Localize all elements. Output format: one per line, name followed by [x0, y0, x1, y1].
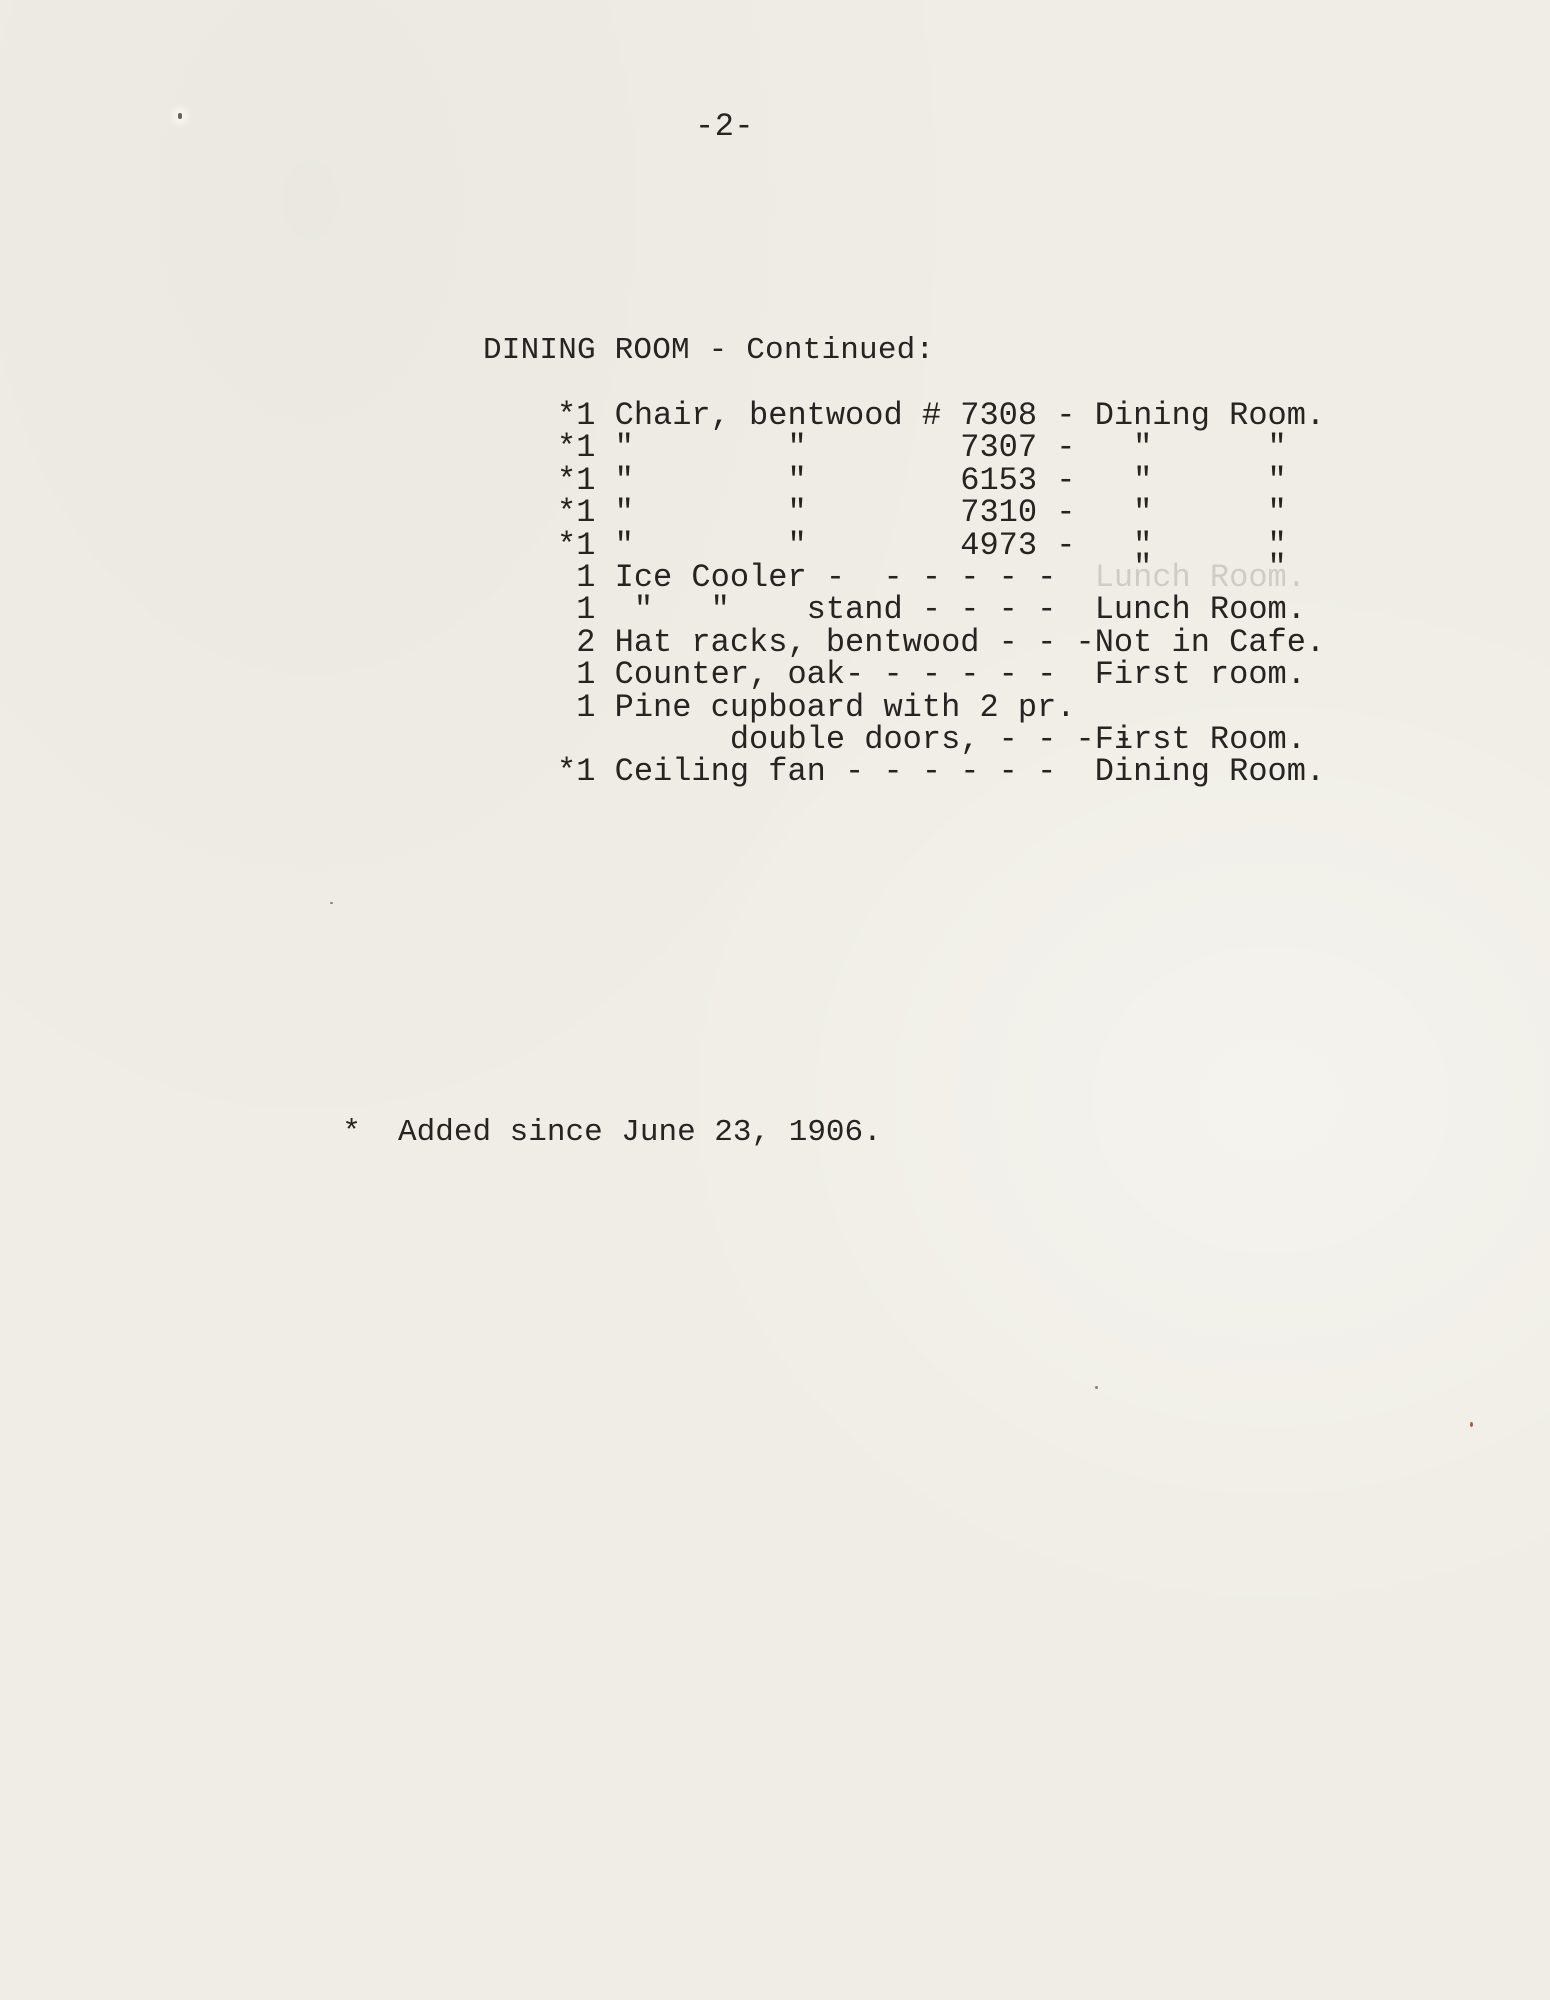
pin-hole-mark [178, 113, 182, 119]
ditto-mark: " [615, 432, 634, 464]
item-location: First room. [1095, 659, 1306, 691]
ditto-mark: " [787, 530, 806, 562]
ditto-mark: " [787, 465, 806, 497]
inventory-row: 1 Counter, oak- - - - - - First room. [557, 659, 634, 691]
ditto-mark: " [1133, 497, 1152, 529]
leader-dash: - [1056, 465, 1075, 497]
ditto-mark: " [1133, 465, 1152, 497]
inventory-row: * 1 Ceiling fan - - - - - - Dining Room. [557, 756, 634, 788]
page-number: -2- [695, 108, 754, 145]
leader-dash: - [1056, 497, 1075, 529]
item-description: Ice Cooler - - - - - - [615, 562, 1057, 594]
item-description: Pine cupboard with 2 pr. [615, 692, 1076, 724]
ink-speck [1095, 1386, 1098, 1389]
inventory-row: 2 Hat racks, bentwood - - -Not in Cafe. [557, 627, 634, 659]
inventory-row: 1 Pine cupboard with 2 pr. [557, 692, 634, 724]
item-description: Hat racks, bentwood - - -Not in Cafe. [615, 627, 1326, 659]
footnote-spacer [361, 1115, 398, 1150]
ditto-mark: " [1268, 552, 1287, 584]
inventory-row-continuation: double doors, - - - - First Room. [557, 724, 634, 756]
inventory-row: * 1 " " 7307 - " " [557, 432, 634, 464]
item-number: 4973 [960, 530, 1037, 562]
item-quantity: 1 [576, 530, 595, 562]
ditto-mark: " [1133, 552, 1152, 584]
item-description: Chair, bentwood # [615, 400, 941, 432]
item-number: 7307 [960, 432, 1037, 464]
leader-dash: - [1056, 530, 1075, 562]
item-location: Lunch Room. [1095, 594, 1306, 626]
ditto-mark: " [711, 594, 730, 626]
leader-dash: - [1056, 400, 1075, 432]
item-quantity: 2 [576, 627, 595, 659]
item-description: Ceiling fan - - - - - - [615, 756, 1057, 788]
footnote: * Added since June 23, 1906. [305, 1080, 882, 1150]
added-marker: * [557, 400, 576, 432]
ditto-mark: " [1268, 465, 1287, 497]
ditto-mark: " [1268, 432, 1287, 464]
paper-background [0, 0, 1550, 2000]
footnote-symbol: * [342, 1115, 361, 1150]
item-number: 7308 [960, 400, 1037, 432]
item-quantity: 1 [576, 497, 595, 529]
item-description: stand - - - - [807, 594, 1057, 626]
ditto-mark: " [634, 594, 653, 626]
section-heading: DINING ROOM - Continued: [483, 333, 934, 368]
added-marker: * [557, 465, 576, 497]
ditto-mark: " [787, 432, 806, 464]
ditto-mark: " [615, 497, 634, 529]
footnote-text: Added since June 23, 1906. [398, 1115, 882, 1150]
item-number: 7310 [960, 497, 1037, 529]
item-quantity: 1 [576, 659, 595, 691]
inventory-row: * 1 " " 4973 - " " [557, 530, 634, 562]
item-quantity: 1 [576, 432, 595, 464]
item-quantity: 1 [576, 465, 595, 497]
item-location: Dining Room. [1095, 756, 1325, 788]
item-description: Counter, oak- - - - - - [615, 659, 1057, 691]
item-quantity: 1 [576, 594, 595, 626]
item-number: 6153 [960, 465, 1037, 497]
added-marker: * [557, 530, 576, 562]
item-quantity: 1 [576, 692, 595, 724]
ink-speck [330, 902, 333, 904]
item-description: double doors, - - - - [730, 724, 1133, 756]
item-quantity: 1 [576, 562, 595, 594]
ditto-mark: " [615, 465, 634, 497]
inventory-row: 1 " " stand - - - - Lunch Room. [557, 594, 634, 626]
inventory-row: * 1 " " 6153 - " " [557, 465, 634, 497]
leader-dash: - [1056, 432, 1075, 464]
ditto-mark: " [1268, 497, 1287, 529]
ditto-mark: " [1133, 432, 1152, 464]
inventory-row: * 1 " " 7310 - " " [557, 497, 634, 529]
added-marker: * [557, 756, 576, 788]
item-location: Dining Room. [1095, 400, 1325, 432]
added-marker: * [557, 497, 576, 529]
inventory-row: 1 Ice Cooler - - - - - - Lunch Room. " " [557, 562, 634, 594]
inventory-row: * 1 Chair, bentwood # 7308 - Dining Room… [557, 400, 634, 432]
item-location: First Room. [1095, 724, 1306, 756]
inventory-list: * 1 Chair, bentwood # 7308 - Dining Room… [557, 400, 634, 789]
item-quantity: 1 [576, 756, 595, 788]
ditto-mark: " [615, 530, 634, 562]
ink-speck [1470, 1422, 1473, 1427]
ditto-mark: " [787, 497, 806, 529]
item-quantity: 1 [576, 400, 595, 432]
added-marker: * [557, 432, 576, 464]
